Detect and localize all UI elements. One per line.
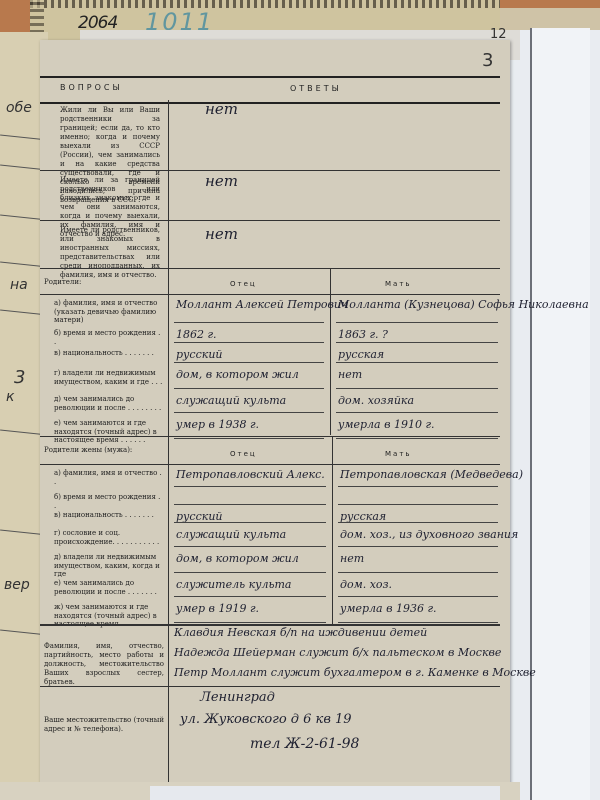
mother-answer: умерла в 1936 г.: [340, 602, 437, 615]
mother-answer: дом. хоз., из духовного звания: [340, 528, 518, 541]
spouse-father-header: Отец: [230, 450, 257, 458]
answer-underline: [174, 322, 324, 323]
answer-underline: [174, 522, 326, 523]
father-answer: служитель культа: [176, 578, 292, 591]
answer-underline: [174, 504, 326, 505]
parents-mother-header: Мать: [385, 280, 412, 288]
answer-underline: [338, 546, 498, 547]
father-answer: Моллант Алексей Петрович: [176, 298, 348, 311]
row-label: г) сословие и соц. происхождение. . . . …: [54, 529, 164, 546]
answer-underline: [174, 342, 324, 343]
answer-underline: [174, 596, 326, 597]
mother-answer: Петропавловская (Медведева): [340, 468, 523, 481]
answer-underline: [338, 572, 498, 573]
row-label: д) чем занимались до революции и после .…: [54, 395, 164, 412]
row-label: е) чем занимались до революции и после .…: [54, 579, 164, 596]
residence-question: Ваше местожительство (точный адрес и № т…: [44, 716, 164, 734]
answers-header: ОТВЕТЫ: [290, 84, 342, 93]
father-answer: Петропавловский Алекс.: [176, 468, 325, 481]
mother-answer: русская: [338, 348, 384, 361]
mother-answer: нет: [340, 552, 364, 565]
row-divider: [40, 464, 500, 465]
answer-3: нет: [205, 225, 238, 243]
spouse-parents-title: Родители жены (мужа):: [44, 446, 132, 455]
margin-scribble: обе: [6, 100, 32, 116]
row-label: е) чем занимаются и где находятся (точны…: [54, 419, 164, 445]
father-answer: дом, в котором жил: [176, 552, 299, 565]
row-label: д) владели ли недвижимым имуществом, как…: [54, 553, 164, 579]
sibling-line: Клавдия Невская б/п на иждивении детей: [174, 626, 427, 639]
row-label: в) национальность . . . . . . .: [54, 349, 164, 358]
margin-scribble: к: [6, 389, 14, 405]
mother-answer: нет: [338, 368, 362, 381]
margin-scribble: 3: [14, 367, 25, 388]
answer-underline: [174, 546, 326, 547]
father-answer: умер в 1919 г.: [176, 602, 259, 615]
questions-header: ВОПРОСЫ: [60, 83, 123, 92]
answer-underline: [336, 438, 498, 439]
siblings-question: Фамилия, имя, отчество, партийность, мес…: [44, 642, 164, 687]
answer-underline: [336, 322, 498, 323]
residence-line: тел Ж-2-61-98: [250, 736, 359, 752]
answer-underline: [174, 622, 326, 623]
answer-2: нет: [205, 172, 238, 190]
row-divider: [40, 220, 500, 221]
parents-father-header: Отец: [230, 280, 257, 288]
row-label: г) владели ли недвижимым имуществом, как…: [54, 369, 164, 386]
row-label: б) время и место рождения . .: [54, 493, 164, 510]
ornament-border: [30, 0, 500, 8]
questionnaire-page: 3 ВОПРОСЫ ОТВЕТЫ Жили ли Вы или Ваши род…: [40, 40, 510, 790]
answer-1: нет: [205, 100, 238, 118]
answer-underline: [336, 412, 498, 413]
father-answer: умер в 1938 г.: [176, 418, 259, 431]
answer-underline: [336, 388, 498, 389]
answer-underline: [174, 486, 326, 487]
father-answer: 1862 г.: [176, 328, 217, 341]
row-divider: [40, 294, 500, 295]
answer-underline: [174, 388, 324, 389]
answer-underline: [174, 572, 326, 573]
answer-underline: [338, 596, 498, 597]
table-header: ВОПРОСЫ ОТВЕТЫ: [40, 76, 500, 104]
bottom-white-sheet: [150, 786, 500, 800]
answer-underline: [174, 438, 324, 439]
answer-underline: [338, 622, 498, 623]
mother-answer: 1863 г. ?: [338, 328, 388, 341]
answer-underline: [336, 342, 498, 343]
question-3: Имеете ли родственников, или знакомых в …: [60, 226, 160, 280]
residence-line: ул. Жуковского д 6 кв 19: [180, 712, 352, 727]
page-number: 3: [482, 50, 493, 71]
ruled-white-sheet: [530, 28, 590, 800]
row-divider: [40, 170, 500, 171]
answer-underline: [174, 412, 324, 413]
answer-underline: [338, 522, 498, 523]
father-answer: русский: [176, 348, 222, 361]
row-label: в) национальность . . . . . . .: [54, 511, 164, 520]
answer-underline: [338, 486, 498, 487]
row-divider: [40, 268, 500, 269]
margin-scribble: на: [10, 277, 28, 293]
spouse-mother-header: Мать: [385, 450, 412, 458]
row-divider: [40, 436, 500, 437]
row-divider: [40, 686, 500, 687]
mother-answer: Молланта (Кузнецова) Софья Николаевна: [338, 298, 589, 311]
answer-underline: [174, 362, 324, 363]
residence-line: Ленинград: [200, 690, 275, 705]
sibling-line: Петр Моллант служит бухгалтером в г. Кам…: [174, 666, 536, 679]
mother-answer: умерла в 1910 г.: [338, 418, 435, 431]
father-answer: служащий культа: [176, 394, 286, 407]
father-answer: служащий культа: [176, 528, 286, 541]
father-answer: дом, в котором жил: [176, 368, 299, 381]
row-label: б) время и место рождения . .: [54, 329, 164, 346]
margin-scribble: вер: [4, 577, 30, 593]
mother-answer: дом. хоз.: [340, 578, 392, 591]
mother-answer: дом. хозяйка: [338, 394, 414, 407]
answer-underline: [338, 504, 498, 505]
row-label: а) фамилия, имя и отчество (указать деви…: [54, 299, 164, 325]
answer-underline: [336, 362, 498, 363]
row-label: а) фамилия, имя и отчество . .: [54, 469, 164, 486]
sibling-line: Надежда Шейерман служит б/х пальтеском в…: [174, 646, 501, 659]
parents-title: Родители:: [44, 278, 81, 287]
